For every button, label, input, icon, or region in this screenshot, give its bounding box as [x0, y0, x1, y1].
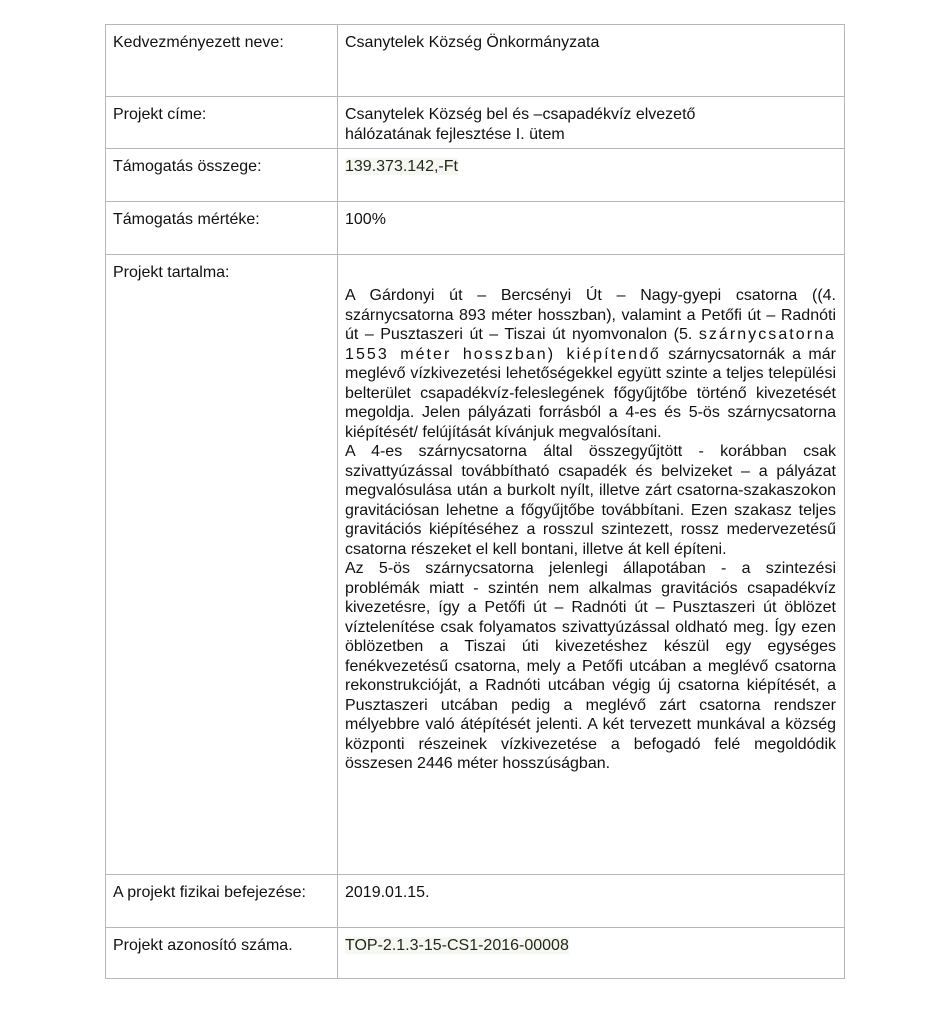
table-row-grant-rate: Támogatás mértéke: 100%	[106, 202, 845, 255]
project-title-line-2: hálózatának fejlesztése I. ütem	[345, 126, 565, 143]
grant-rate-label: Támogatás mértéke:	[106, 202, 338, 255]
project-id-label: Projekt azonosító száma.	[106, 928, 338, 979]
content-paragraph-3: Az 5-ös szárnycsatorna jelenlegi állapot…	[345, 559, 836, 774]
beneficiary-value: Csanytelek Község Önkormányzata	[338, 25, 845, 97]
project-info-table: Kedvezményezett neve: Csanytelek Község …	[105, 24, 845, 979]
project-title-line-1: Csanytelek Község bel és –csapadékvíz el…	[345, 106, 695, 123]
table-row-completion-date: A projekt fizikai befejezése: 2019.01.15…	[106, 875, 845, 928]
project-content-cell: A Gárdonyi út – Bercsényi Út – Nagy-gyep…	[338, 255, 845, 875]
grant-rate-value: 100%	[338, 202, 845, 255]
completion-date-label: A projekt fizikai befejezése:	[106, 875, 338, 928]
grant-amount-value: 139.373.142,-Ft	[345, 158, 458, 175]
table-row-project-content: Projekt tartalma: A Gárdonyi út – Bercsé…	[106, 255, 845, 875]
table-row-project-id: Projekt azonosító száma. TOP-2.1.3-15-CS…	[106, 928, 845, 979]
project-content-body: A Gárdonyi út – Bercsényi Út – Nagy-gyep…	[345, 263, 836, 774]
project-id-value: TOP-2.1.3-15-CS1-2016-00008	[345, 937, 569, 954]
content-paragraph-1a: A Gárdonyi út – Bercsényi Út – Nagy-gyep…	[345, 286, 836, 442]
completion-date-value: 2019.01.15.	[338, 875, 845, 928]
project-title-label: Projekt címe:	[106, 97, 338, 149]
table-row-grant-amount: Támogatás összege: 139.373.142,-Ft	[106, 149, 845, 202]
grant-amount-label: Támogatás összege:	[106, 149, 338, 202]
grant-amount-cell: 139.373.142,-Ft	[338, 149, 845, 202]
table-row-beneficiary: Kedvezményezett neve: Csanytelek Község …	[106, 25, 845, 97]
table-row-project-title: Projekt címe: Csanytelek Község bel és –…	[106, 97, 845, 149]
beneficiary-label: Kedvezményezett neve:	[106, 25, 338, 97]
project-content-label: Projekt tartalma:	[106, 255, 338, 875]
project-title-value: Csanytelek Község bel és –csapadékvíz el…	[338, 97, 845, 149]
content-paragraph-2: A 4-es szárnycsatorna által összegyűjtöt…	[345, 442, 836, 559]
project-id-cell: TOP-2.1.3-15-CS1-2016-00008	[338, 928, 845, 979]
